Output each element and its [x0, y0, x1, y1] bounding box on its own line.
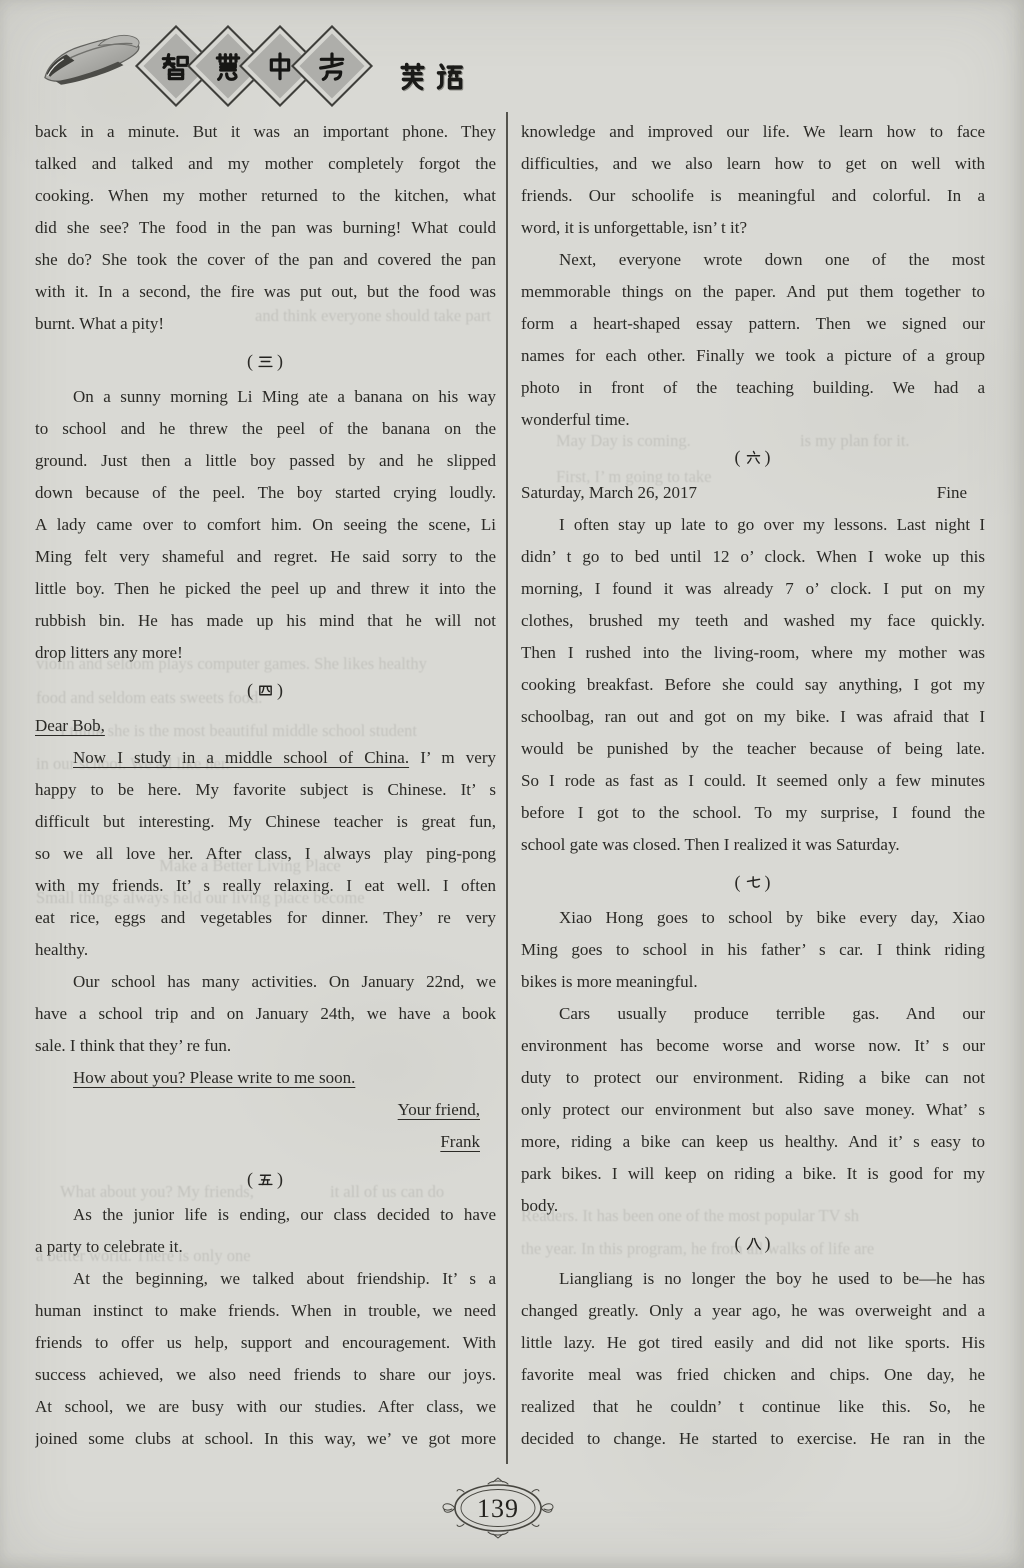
text-line: ground. Just then a little boy passed by… [35, 445, 496, 477]
section-heading: () [35, 345, 496, 377]
heading-paren: ( [247, 351, 254, 371]
text-line: talked and talked and my mother complete… [35, 148, 496, 180]
text-line: she do? She took the cover of the pan an… [35, 244, 496, 276]
text-line: healthy. [35, 934, 496, 966]
text-line: Now I study in a middle school of China.… [35, 742, 496, 774]
text-line: Cars usually produce terrible gas. And o… [521, 998, 985, 1030]
page-number-ornament: 139 [440, 1476, 556, 1540]
text-segment: I’ m very [409, 748, 496, 767]
text-line: favorite meal was fried chicken and chip… [521, 1359, 985, 1391]
column-divider [506, 112, 508, 1464]
text-line: a party to celebrate it. [35, 1231, 496, 1263]
heading-paren: ) [765, 872, 772, 892]
text-line: cooking. When my mother returned to the … [35, 180, 496, 212]
brand-char [305, 39, 359, 93]
text-line: difficulties, and we also learn how to g… [521, 148, 985, 180]
heading-paren: ) [277, 1169, 284, 1189]
text-line: changed greatly. Only a year ago, he was… [521, 1295, 985, 1327]
brand-diamond [291, 25, 373, 107]
train-logo-icon [36, 22, 152, 94]
section-heading: () [521, 1227, 985, 1259]
diary-date-line: Saturday, March 26, 2017Fine [521, 477, 985, 509]
text-line: duty to protect our environment. Riding … [521, 1062, 985, 1094]
text-line: drop litters any more! [35, 637, 496, 669]
text-line: joined some clubs at school. In this way… [35, 1423, 496, 1455]
text-line: Next, everyone wrote down one of the mos… [521, 244, 985, 276]
text-line: only protect our environment but also sa… [521, 1094, 985, 1126]
left-column: back in a minute. But it was an importan… [35, 116, 496, 1455]
cjk-glyph-语 [434, 60, 465, 91]
heading-paren: ) [765, 447, 772, 467]
text-line: to school and he threw the peel of the b… [35, 413, 496, 445]
section-heading: () [521, 441, 985, 473]
text-line: difficult but interesting. My Chinese te… [35, 806, 496, 838]
heading-paren: ( [735, 872, 742, 892]
text-line: On a sunny morning Li Ming ate a banana … [35, 381, 496, 413]
subject-title [397, 60, 465, 91]
text-line: human instinct to make friends. When in … [35, 1295, 496, 1327]
text-line: would be punished by the teacher because… [521, 733, 985, 765]
text-line: park bikes. I will keep on riding a bike… [521, 1158, 985, 1190]
text-line: So I rode as fast as I could. It seemed … [521, 765, 985, 797]
text-line: friends. Our schoolife is meaningful and… [521, 180, 985, 212]
cjk-glyph-五 [257, 1171, 274, 1188]
text-line: with my friends. It’ s really relaxing. … [35, 870, 496, 902]
text-line: did she see? The food in the pan was bur… [35, 212, 496, 244]
text-line: How about you? Please write to me soon. [35, 1062, 496, 1094]
text-line: have a school trip and on January 24th, … [35, 998, 496, 1030]
text-line: A lady came over to comfort him. On seei… [35, 509, 496, 541]
section-heading: () [521, 866, 985, 898]
heading-paren: ) [277, 351, 284, 371]
text-line: Your friend, [35, 1094, 496, 1126]
cjk-glyph-考 [316, 50, 348, 82]
diary-date: Saturday, March 26, 2017 [521, 477, 697, 509]
text-segment: Now I study in a middle school of China. [73, 748, 409, 767]
text-line: Dear Bob, [35, 710, 496, 742]
heading-paren: ( [247, 1169, 254, 1189]
text-line: happy to be here. My favorite subject is… [35, 774, 496, 806]
text-line: eat rice, eggs and vegetables for dinner… [35, 902, 496, 934]
text-line: environment has become worse and worse n… [521, 1030, 985, 1062]
text-line: realized that he couldn’ t continue like… [521, 1391, 985, 1423]
text-line: didn’ t go to bed until 12 o’ clock. Whe… [521, 541, 985, 573]
cjk-glyph-三 [257, 353, 274, 370]
text-line: Frank [35, 1126, 496, 1158]
text-line: little boy. Then he picked the peel up a… [35, 573, 496, 605]
text-line: back in a minute. But it was an importan… [35, 116, 496, 148]
diary-weather: Fine [937, 477, 967, 509]
text-line: names for each other. Finally we took a … [521, 340, 985, 372]
text-line: friends to offer us help, support and en… [35, 1327, 496, 1359]
text-line: down because of the peel. The boy starte… [35, 477, 496, 509]
cjk-glyph-八 [745, 1235, 762, 1252]
text-line: word, it is unforgettable, isn’ t it? [521, 212, 985, 244]
cjk-glyph-四 [257, 682, 274, 699]
section-heading: () [35, 674, 496, 706]
heading-paren: ) [765, 1233, 772, 1253]
heading-paren: ) [277, 680, 284, 700]
text-line: sale. I think that they’ re fun. [35, 1030, 496, 1062]
heading-paren: ( [247, 680, 254, 700]
text-line: burnt. What a pity! [35, 308, 496, 340]
text-line: bikes is more meaningful. [521, 966, 985, 998]
text-line: body. [521, 1190, 985, 1222]
text-line: knowledge and improved our life. We lear… [521, 116, 985, 148]
text-line: clothes, brushed my teeth and washed my … [521, 605, 985, 637]
cjk-glyph-七 [745, 874, 762, 891]
page-header [0, 0, 1024, 112]
text-line: Our school has many activities. On Janua… [35, 966, 496, 998]
text-line: school gate was closed. Then I realized … [521, 829, 985, 861]
text-line: Ming goes to school in his father’ s car… [521, 934, 985, 966]
text-line: wonderful time. [521, 404, 985, 436]
text-line: Xiao Hong goes to school by bike every d… [521, 902, 985, 934]
text-line: memmorable things on the paper. And put … [521, 276, 985, 308]
text-line: decided to change. He started to exercis… [521, 1423, 985, 1455]
text-line: form a heart-shaped essay pattern. Then … [521, 308, 985, 340]
heading-paren: ( [735, 1233, 742, 1253]
heading-paren: ( [735, 447, 742, 467]
text-line: with it. In a second, the fire was put o… [35, 276, 496, 308]
right-column: knowledge and improved our life. We lear… [521, 116, 985, 1455]
text-line: morning, I found it was already 7 o’ clo… [521, 573, 985, 605]
text-line: so we all love her. After class, I alway… [35, 838, 496, 870]
text-line: As the junior life is ending, our class … [35, 1199, 496, 1231]
text-line: schoolbag, ran out and got on my bike. I… [521, 701, 985, 733]
text-line: little lazy. He got tired easily and did… [521, 1327, 985, 1359]
section-heading: () [35, 1163, 496, 1195]
text-line: I often stay up late to go over my lesso… [521, 509, 985, 541]
text-line: success achieved, we also need friends t… [35, 1359, 496, 1391]
cjk-glyph-英 [397, 60, 428, 91]
text-line: rubbish bin. He has made up his mind tha… [35, 605, 496, 637]
text-line: Liangliang is no longer the boy he used … [521, 1263, 985, 1295]
text-line: At the beginning, we talked about friend… [35, 1263, 496, 1295]
text-line: photo in front of the teaching building.… [521, 372, 985, 404]
page-number: 139 [440, 1476, 556, 1540]
text-line: more, riding a bike can keep us healthy.… [521, 1126, 985, 1158]
text-line: cooking breakfast. Before she could say … [521, 669, 985, 701]
book-page: and think everyone should take partvioli… [0, 0, 1024, 1568]
cjk-glyph-六 [745, 449, 762, 466]
text-line: Ming felt very shameful and regret. He s… [35, 541, 496, 573]
text-line: At school, we are busy with our studies.… [35, 1391, 496, 1423]
text-line: Then I rushed into the living-room, wher… [521, 637, 985, 669]
text-line: before I got to the school. To my surpri… [521, 797, 985, 829]
